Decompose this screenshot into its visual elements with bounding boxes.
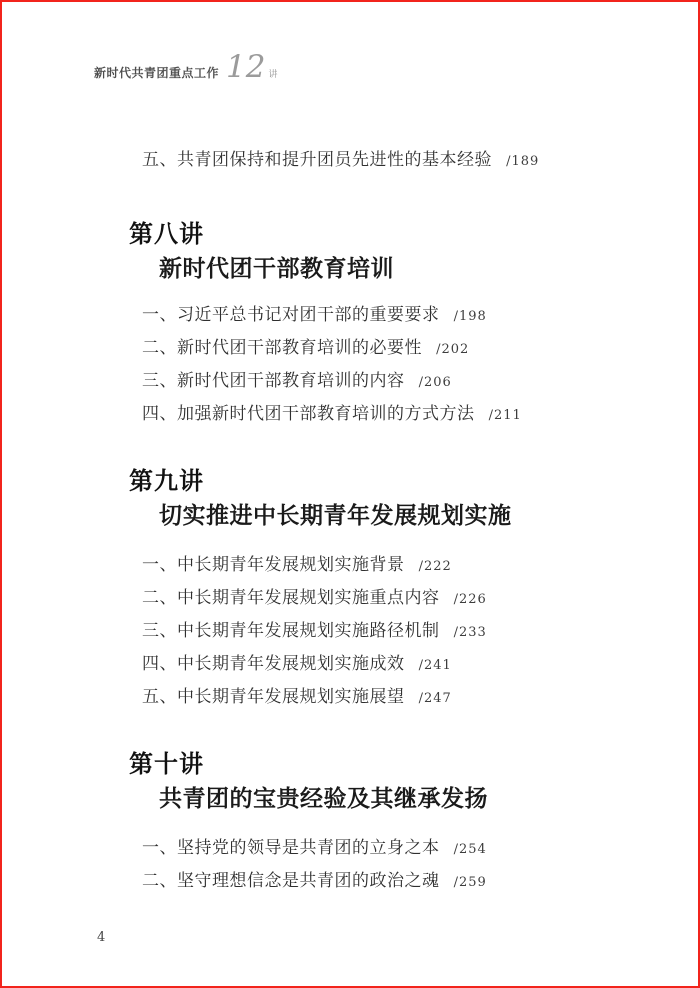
series-number: 12	[226, 52, 265, 83]
toc-entry: 一、坚持党的领导是共青团的立身之本 /254	[142, 831, 487, 864]
chapter-10-title: 共青团的宝贵经验及其继承发扬	[159, 787, 488, 810]
toc-entry-page: /189	[506, 154, 539, 169]
book-page: 新时代共青团重点工作 12 讲 五、共青团保持和提升团员先进性的基本经验 /18…	[0, 0, 700, 988]
toc-entry-page: /226	[454, 592, 487, 607]
toc-entry-text: 二、坚守理想信念是共青团的政治之魂	[142, 871, 440, 891]
toc-entry: 二、中长期青年发展规划实施重点内容 /226	[142, 581, 487, 614]
chapter-10-heading: 第十讲	[129, 752, 204, 776]
toc-entry-text: 一、习近平总书记对团干部的重要要求	[142, 305, 440, 325]
toc-entry-page: /233	[454, 625, 487, 640]
chapter-8-heading: 第八讲	[129, 222, 204, 246]
toc-entry-page: /198	[454, 309, 487, 324]
toc-entry-text: 一、中长期青年发展规划实施背景	[142, 555, 405, 575]
toc-entry: 三、中长期青年发展规划实施路径机制 /233	[142, 614, 487, 647]
toc-leading-list: 五、共青团保持和提升团员先进性的基本经验 /189	[142, 143, 539, 176]
chapter-8-items: 一、习近平总书记对团干部的重要要求 /198 二、新时代团干部教育培训的必要性 …	[142, 298, 522, 430]
series-title: 新时代共青团重点工作	[94, 64, 219, 81]
toc-entry-text: 四、中长期青年发展规划实施成效	[142, 654, 405, 674]
chapter-10-items: 一、坚持党的领导是共青团的立身之本 /254 二、坚守理想信念是共青团的政治之魂…	[142, 831, 487, 897]
toc-entry: 四、中长期青年发展规划实施成效 /241	[142, 647, 487, 680]
toc-entry: 二、新时代团干部教育培训的必要性 /202	[142, 331, 522, 364]
toc-entry-text: 二、新时代团干部教育培训的必要性	[142, 338, 422, 358]
toc-entry-text: 五、共青团保持和提升团员先进性的基本经验	[142, 150, 492, 170]
toc-entry-text: 三、新时代团干部教育培训的内容	[142, 371, 405, 391]
toc-entry-text: 一、坚持党的领导是共青团的立身之本	[142, 838, 440, 858]
toc-entry-page: /254	[454, 842, 487, 857]
toc-entry-page: /206	[419, 375, 452, 390]
toc-entry: 三、新时代团干部教育培训的内容 /206	[142, 364, 522, 397]
toc-entry-page: /247	[419, 691, 452, 706]
chapter-9-title: 切实推进中长期青年发展规划实施	[159, 504, 512, 527]
chapter-8-title: 新时代团干部教育培训	[159, 257, 394, 280]
running-header: 新时代共青团重点工作 12 讲	[94, 52, 277, 83]
page-number: 4	[97, 930, 105, 945]
toc-entry: 一、中长期青年发展规划实施背景 /222	[142, 548, 487, 581]
toc-entry: 四、加强新时代团干部教育培训的方式方法 /211	[142, 397, 522, 430]
chapter-9-heading: 第九讲	[129, 469, 204, 493]
toc-entry-page: /211	[489, 408, 522, 423]
toc-entry-page: /241	[419, 658, 452, 673]
toc-entry: 五、共青团保持和提升团员先进性的基本经验 /189	[142, 143, 539, 176]
toc-entry-text: 四、加强新时代团干部教育培训的方式方法	[142, 404, 475, 424]
toc-entry-text: 三、中长期青年发展规划实施路径机制	[142, 621, 440, 641]
toc-entry-page: /259	[454, 875, 487, 890]
toc-entry: 五、中长期青年发展规划实施展望 /247	[142, 680, 487, 713]
toc-entry-text: 五、中长期青年发展规划实施展望	[142, 687, 405, 707]
chapter-9-items: 一、中长期青年发展规划实施背景 /222 二、中长期青年发展规划实施重点内容 /…	[142, 548, 487, 713]
series-suffix: 讲	[268, 67, 277, 80]
toc-entry: 二、坚守理想信念是共青团的政治之魂 /259	[142, 864, 487, 897]
toc-entry: 一、习近平总书记对团干部的重要要求 /198	[142, 298, 522, 331]
toc-entry-text: 二、中长期青年发展规划实施重点内容	[142, 588, 440, 608]
toc-entry-page: /222	[419, 559, 452, 574]
toc-entry-page: /202	[436, 342, 469, 357]
